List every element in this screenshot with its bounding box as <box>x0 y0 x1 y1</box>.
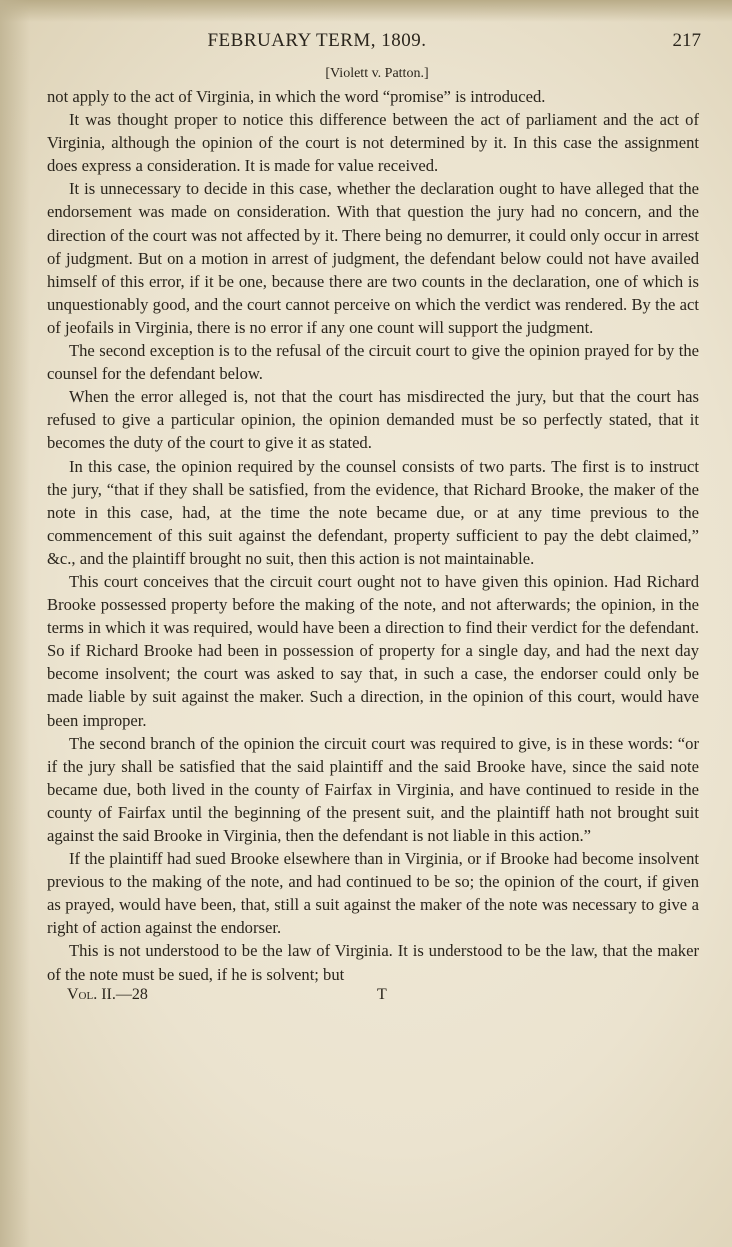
page-gutter-shadow <box>0 0 30 1247</box>
paragraph: If the plaintiff had sued Brooke elsewhe… <box>47 847 699 939</box>
running-head-title: FEBRUARY TERM, 1809. <box>47 30 587 52</box>
case-name: [Violett v. Patton.] <box>147 66 607 82</box>
signature-mark: T <box>377 986 387 1004</box>
body-text: not apply to the act of Virginia, in whi… <box>47 85 699 986</box>
book-page: FEBRUARY TERM, 1809. 217 [Violett v. Pat… <box>47 30 699 1010</box>
paragraph: In this case, the opinion required by th… <box>47 455 699 570</box>
paragraph: When the error alleged is, not that the … <box>47 385 699 454</box>
paragraph: not apply to the act of Virginia, in whi… <box>47 85 699 108</box>
paragraph: The second branch of the opinion the cir… <box>47 732 699 847</box>
page-number: 217 <box>673 30 702 52</box>
page-top-shadow <box>0 0 732 22</box>
volume-signature: Vol. II.—28 <box>67 986 148 1004</box>
paragraph: The second exception is to the refusal o… <box>47 339 699 385</box>
running-head: FEBRUARY TERM, 1809. 217 <box>47 30 699 58</box>
paragraph: It is unnecessary to decide in this case… <box>47 177 699 339</box>
paragraph: This court conceives that the circuit co… <box>47 570 699 732</box>
paragraph: It was thought proper to notice this dif… <box>47 108 699 177</box>
paragraph: This is not understood to be the law of … <box>47 939 699 985</box>
page-footer: Vol. II.—28 T <box>47 986 699 1010</box>
